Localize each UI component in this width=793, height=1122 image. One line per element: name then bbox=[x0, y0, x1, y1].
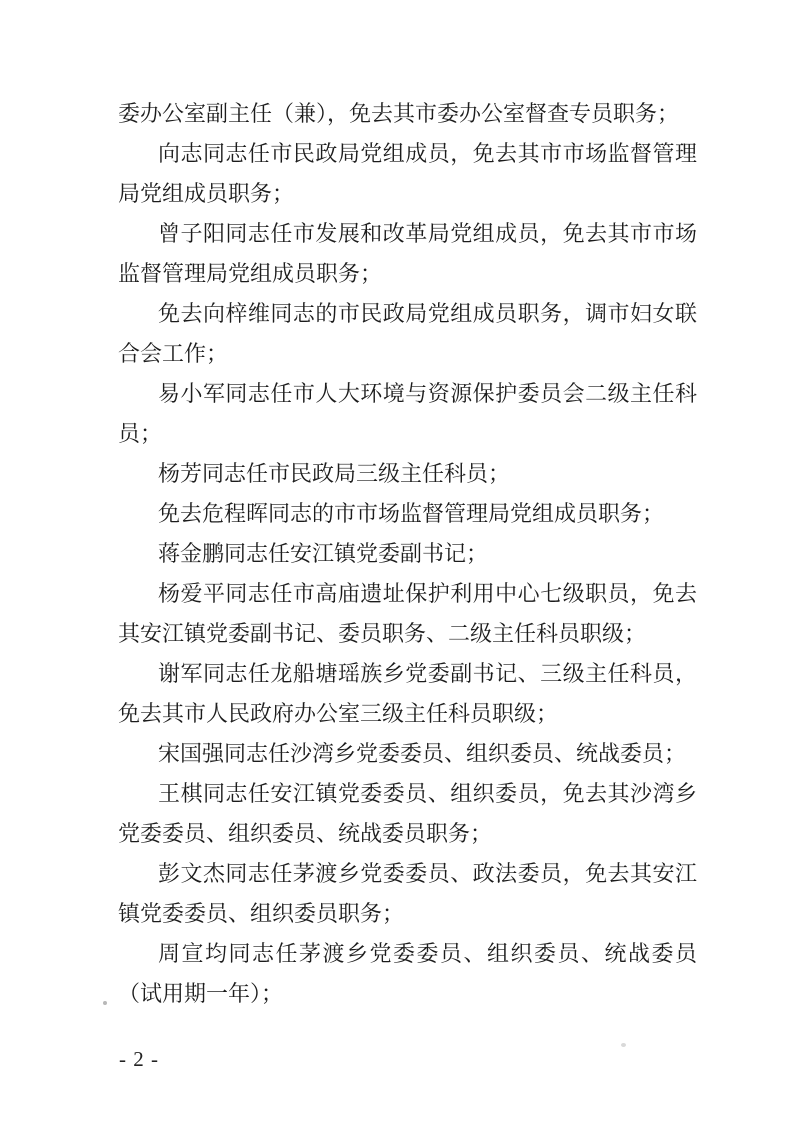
body-paragraph: 谢军同志任龙船塘瑶族乡党委副书记、三级主任科员，免去其市人民政府办公室三级主任科… bbox=[118, 654, 697, 734]
body-paragraph: 宋国强同志任沙湾乡党委委员、组织委员、统战委员； bbox=[118, 734, 697, 774]
body-paragraph: 彭文杰同志任茅渡乡党委委员、政法委员，免去其安江镇党委委员、组织委员职务； bbox=[118, 854, 697, 934]
body-paragraph: 免去危程晖同志的市市场监督管理局党组成员职务； bbox=[118, 494, 697, 534]
body-paragraph: 周宣均同志任茅渡乡党委委员、组织委员、统战委员（试用期一年）； bbox=[118, 934, 697, 1014]
body-paragraph: 曾子阳同志任市发展和改革局党组成员，免去其市市场监督管理局党组成员职务； bbox=[118, 214, 697, 294]
body-paragraph: 易小军同志任市人大环境与资源保护委员会二级主任科员； bbox=[118, 374, 697, 454]
body-paragraph: 蒋金鹏同志任安江镇党委副书记； bbox=[118, 534, 697, 574]
body-paragraph: 向志同志任市民政局党组成员，免去其市市场监督管理局党组成员职务； bbox=[118, 134, 697, 214]
body-paragraph: 委办公室副主任（兼），免去其市委办公室督查专员职务； bbox=[118, 94, 697, 134]
body-paragraph: 王棋同志任安江镇党委委员、组织委员，免去其沙湾乡党委委员、组织委员、统战委员职务… bbox=[118, 774, 697, 854]
scan-speck-left bbox=[103, 1001, 107, 1005]
body-paragraph: 杨芳同志任市民政局三级主任科员； bbox=[118, 454, 697, 494]
body-paragraph: 杨爱平同志任市高庙遗址保护利用中心七级职员，免去其安江镇党委副书记、委员职务、二… bbox=[118, 574, 697, 654]
document-body: 委办公室副主任（兼），免去其市委办公室督查专员职务；向志同志任市民政局党组成员，… bbox=[118, 94, 697, 1014]
page-number: - 2 - bbox=[119, 1047, 159, 1071]
body-paragraph: 免去向梓维同志的市民政局党组成员职务，调市妇女联合会工作； bbox=[118, 294, 697, 374]
page-footer: - 2 - bbox=[119, 1046, 159, 1072]
scan-speck-right bbox=[621, 1043, 626, 1047]
document-page: 委办公室副主任（兼），免去其市委办公室督查专员职务；向志同志任市民政局党组成员，… bbox=[0, 0, 793, 1122]
